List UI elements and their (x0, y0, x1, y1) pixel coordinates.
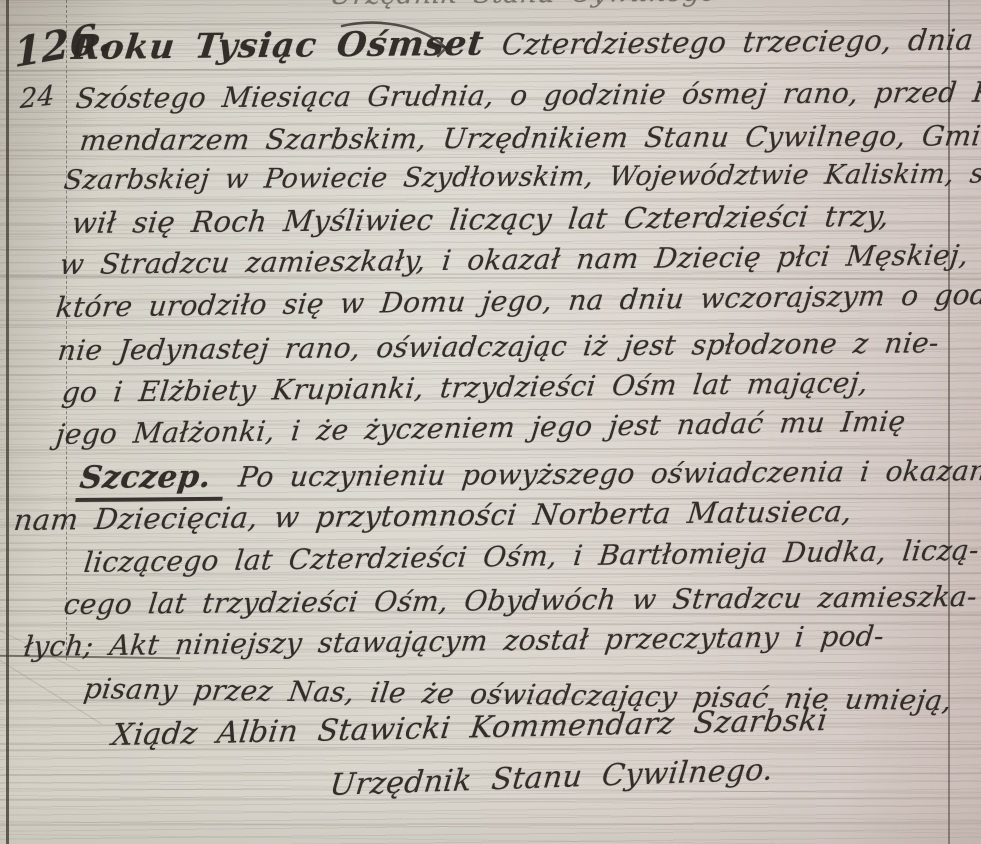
register-page-scan: Urzędnik Stanu Cywilnego 126. 24 Roku Ty… (0, 0, 981, 844)
record-line: jego Małżonki, i że życzeniem jego jest … (54, 405, 907, 451)
record-line: Szóstego Miesiąca Grudnia, o godzinie ós… (74, 75, 981, 115)
record-line: Szarbskiej w Powiecie Szydłowskim, Wojew… (62, 158, 981, 196)
given-name-underlined: Szczep. (75, 459, 227, 502)
record-line: Szczep.Po uczynieniu powyższego oświadcz… (76, 452, 981, 496)
margin-day-note: 24 (19, 80, 55, 115)
record-line: łych; Akt niniejszy stawającym został pr… (22, 619, 886, 663)
civil-registrar-signature: Urzędnik Stanu Cywilnego. (328, 752, 775, 803)
record-line: go i Elżbiety Krupianki, trzydzieści Ośm… (60, 366, 870, 409)
record-opening: Roku Tysiąc Ośmset (70, 24, 487, 68)
record-line: liczącego lat Czterdzieści Ośm, i Bartło… (82, 533, 981, 579)
left-edge-rule (6, 0, 9, 844)
record-line: nie Jedynastej rano, oświadczając iż jes… (56, 326, 941, 367)
record-line: które urodziło się w Domu jego, na dniu … (54, 277, 981, 324)
record-line-text: Czterdziestego trzeciego, dnia dwudziest… (500, 20, 981, 61)
record-line: w Stradzcu zamieszkały, i okazał nam Dzi… (58, 238, 970, 281)
priest-signature: Xiądz Albin Stawicki Kommendarz Szarbski (110, 703, 830, 753)
previous-record-fragment: Urzędnik Stanu Cywilnego (328, 0, 719, 11)
margin-rule (66, 0, 67, 660)
record-line: wił się Roch Myśliwiec liczący lat Czter… (70, 199, 891, 240)
record-line-text: Po uczynieniu powyższego oświadczenia i … (237, 454, 981, 494)
record-line: mendarzem Szarbskim, Urzędnikiem Stanu C… (78, 119, 981, 157)
